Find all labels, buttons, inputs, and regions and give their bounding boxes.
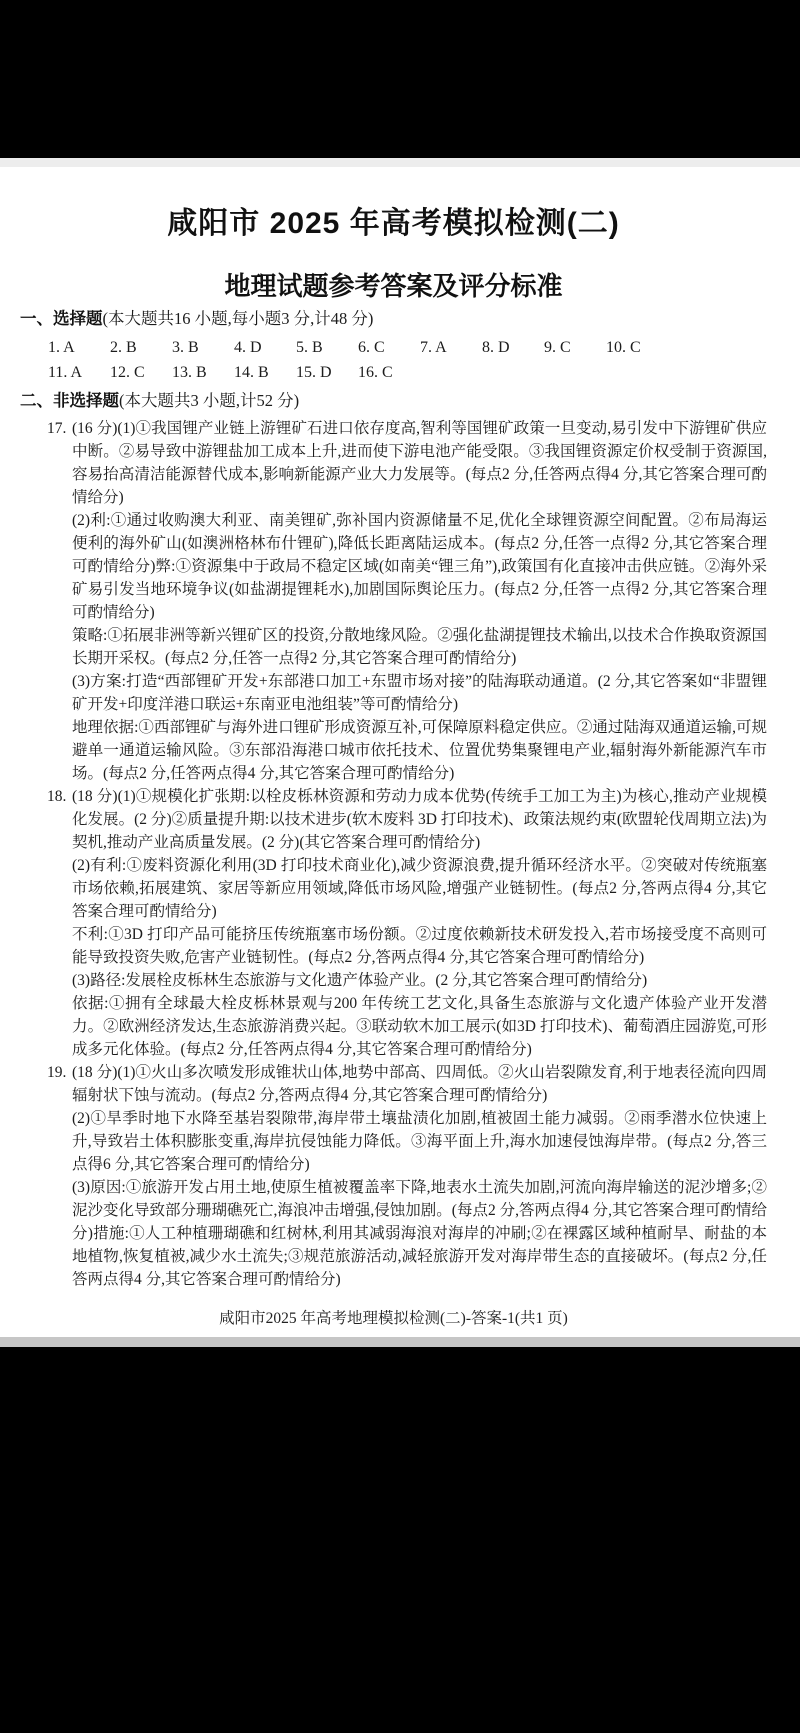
answer-paragraph: (3)原因:①旅游开发占用土地,使原生植被覆盖率下降,地表水土流失加剧,河流向海… [72,1176,767,1291]
letterbox-bottom [0,1347,800,1733]
answer-14: 14. B [234,360,296,385]
answers-row-2: 11. A12. C13. B14. B15. D16. C [48,360,767,385]
question-18: 18.(18 分)(1)①规模化扩张期:以栓皮栎林资源和劳动力成本优势(传统手工… [72,785,767,1061]
answer-2: 2. B [110,335,172,360]
answer-paragraph: (3)路径:发展栓皮栎林生态旅游与文化遗产体验产业。(2 分,其它答案合理可酌情… [72,969,767,992]
section-choice-label: 一、选择题 [20,310,103,328]
answer-9: 9. C [544,335,606,360]
letterbox-top [0,0,800,158]
answer-3: 3. B [172,335,234,360]
page-title: 咸阳市 2025 年高考模拟检测(二) [20,205,767,243]
answer-10: 10. C [606,335,668,360]
answer-paragraph: (16 分)(1)①我国锂产业链上游锂矿石进口依存度高,智利等国锂矿政策一旦变动… [72,417,767,509]
answer-4: 4. D [234,335,296,360]
section-choice-heading: 一、选择题(本大题共16 小题,每小题3 分,计48 分) [20,306,767,332]
answer-7: 7. A [420,335,482,360]
answer-paragraph: (2)①旱季时地下水降至基岩裂隙带,海岸带土壤盐渍化加剧,植被固土能力减弱。②雨… [72,1107,767,1176]
answer-8: 8. D [482,335,544,360]
page-subtitle: 地理试题参考答案及评分标准 [20,269,767,303]
page-bottom-edge [0,1337,800,1347]
answer-paragraph: 地理依据:①西部锂矿与海外进口锂矿形成资源互补,可保障原料稳定供应。②通过陆海双… [72,716,767,785]
answer-15: 15. D [296,360,358,385]
answer-1: 1. A [48,335,110,360]
question-number: 18. [47,785,66,808]
document-page: 咸阳市 2025 年高考模拟检测(二) 地理试题参考答案及评分标准 一、选择题(… [0,167,800,1337]
answer-5: 5. B [296,335,358,360]
answer-paragraph: 依据:①拥有全球最大栓皮栎林景观与200 年传统工艺文化,具备生态旅游与文化遗产… [72,992,767,1061]
question-number: 17. [47,417,66,440]
question-19: 19.(18 分)(1)①火山多次喷发形成锥状山体,地势中部高、四周低。②火山岩… [72,1061,767,1291]
answer-12: 12. C [110,360,172,385]
section-nonchoice-label: 二、非选择题 [20,392,119,410]
question-number: 19. [47,1061,66,1084]
answer-6: 6. C [358,335,420,360]
answer-paragraph: 策略:①拓展非洲等新兴锂矿区的投资,分散地缘风险。②强化盐湖提锂技术输出,以技术… [72,624,767,670]
answer-16: 16. C [358,360,420,385]
questions-container: 17.(16 分)(1)①我国锂产业链上游锂矿石进口依存度高,智利等国锂矿政策一… [20,417,767,1291]
page-footer: 咸阳市2025 年高考地理模拟检测(二)-答案-1(共1 页) [20,1307,767,1331]
section-nonchoice-heading: 二、非选择题(本大题共3 小题,计52 分) [20,388,767,414]
choice-answers: 1. A2. B3. B4. D5. B6. C7. A8. D9. C10. … [48,335,767,385]
answers-row-1: 1. A2. B3. B4. D5. B6. C7. A8. D9. C10. … [48,335,767,360]
answer-paragraph: (18 分)(1)①规模化扩张期:以栓皮栎林资源和劳动力成本优势(传统手工加工为… [72,785,767,854]
section-choice-detail: (本大题共16 小题,每小题3 分,计48 分) [103,309,374,328]
answer-paragraph: (2)有利:①废料资源化利用(3D 打印技术商业化),减少资源浪费,提升循环经济… [72,854,767,923]
answer-paragraph: (18 分)(1)①火山多次喷发形成锥状山体,地势中部高、四周低。②火山岩裂隙发… [72,1061,767,1107]
answer-13: 13. B [172,360,234,385]
answer-paragraph: (3)方案:打造“西部锂矿开发+东部港口加工+东盟市场对接”的陆海联动通道。(2… [72,670,767,716]
question-17: 17.(16 分)(1)①我国锂产业链上游锂矿石进口依存度高,智利等国锂矿政策一… [72,417,767,785]
screen: 咸阳市 2025 年高考模拟检测(二) 地理试题参考答案及评分标准 一、选择题(… [0,0,800,1733]
section-nonchoice-detail: (本大题共3 小题,计52 分) [119,391,299,410]
answer-11: 11. A [48,360,110,385]
answer-paragraph: 不利:①3D 打印产品可能挤压传统瓶塞市场份额。②过度依赖新技术研发投入,若市场… [72,923,767,969]
answer-paragraph: (2)利:①通过收购澳大利亚、南美锂矿,弥补国内资源储量不足,优化全球锂资源空间… [72,509,767,624]
